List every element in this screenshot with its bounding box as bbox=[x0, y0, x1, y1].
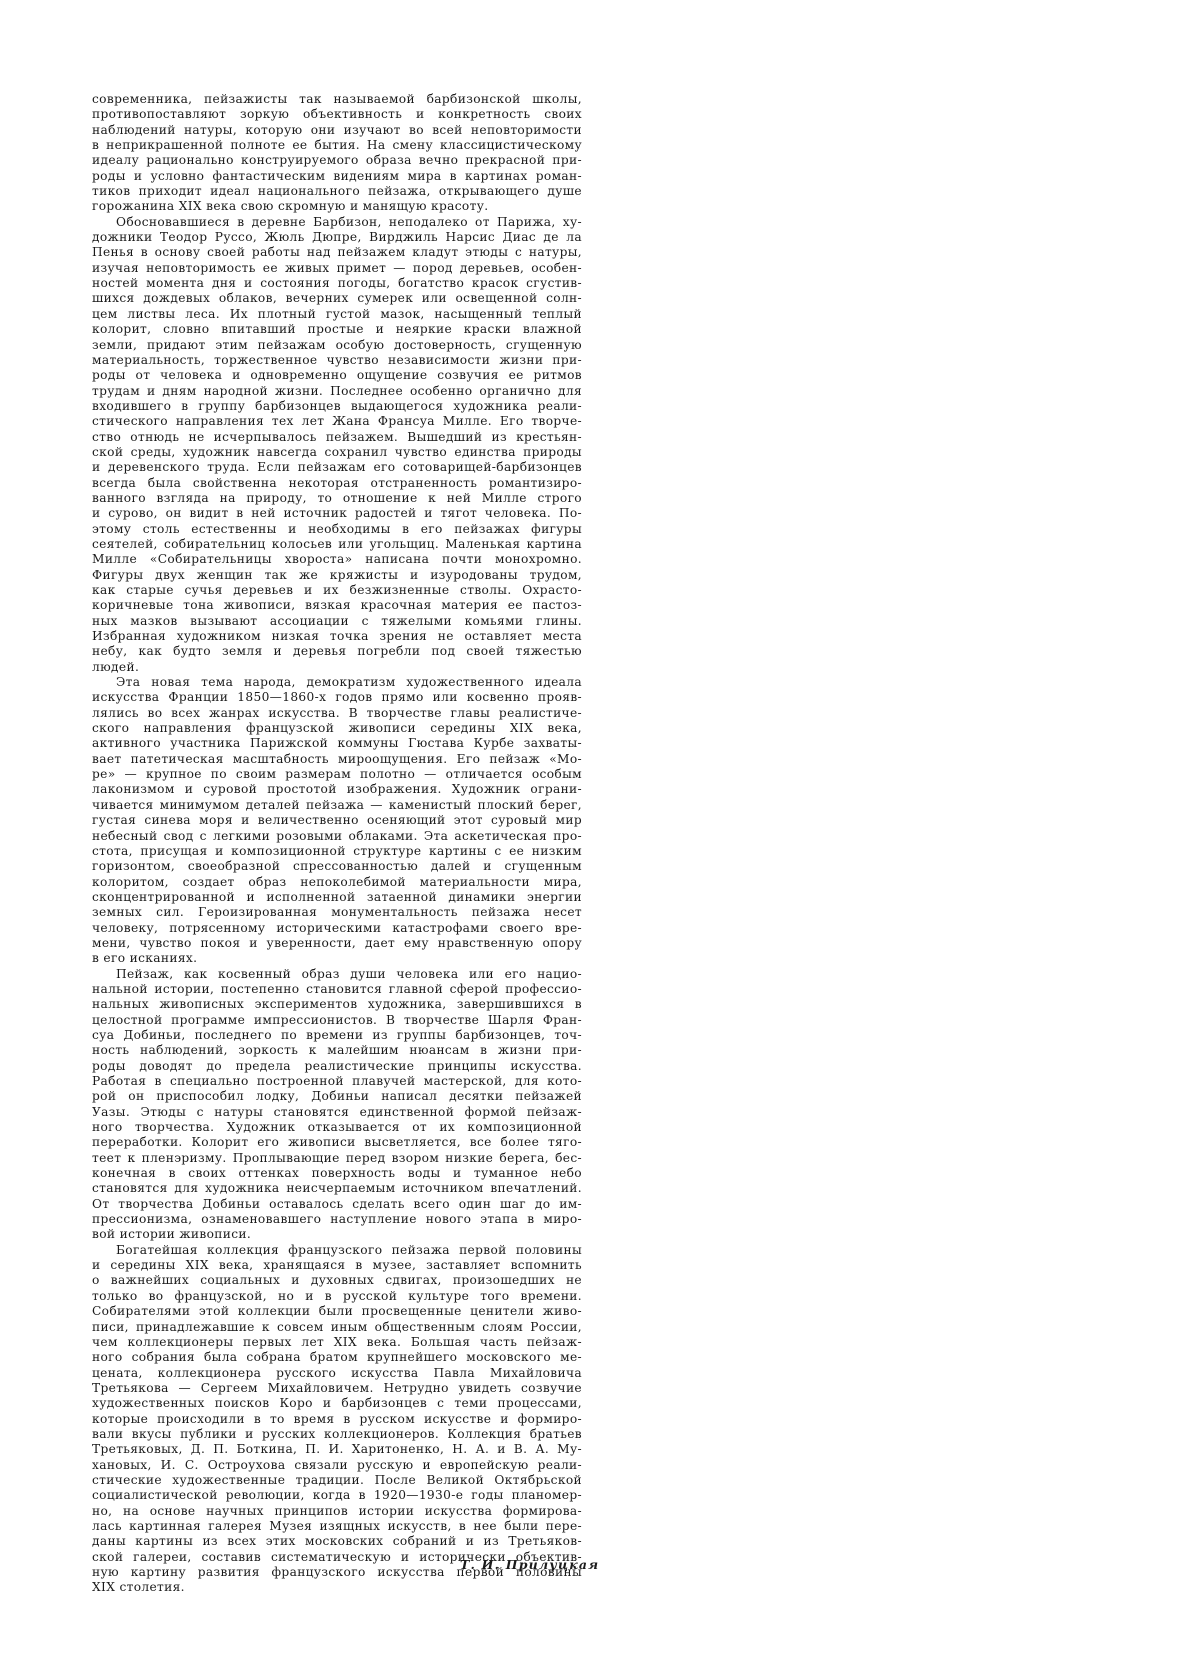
text-line: роды от человека и одновременно ощущение… bbox=[92, 368, 582, 383]
text-line: вали вкусы публики и русских коллекционе… bbox=[92, 1427, 582, 1442]
text-line: густая синева моря и величественно осеня… bbox=[92, 813, 582, 828]
text-line: в его исканиях. bbox=[92, 951, 582, 966]
text-line: ность наблюдений, зоркость к малейшим ню… bbox=[92, 1043, 582, 1058]
text-line: горожанина XIX века свою скромную и маня… bbox=[92, 199, 582, 214]
text-line: вой истории живописи. bbox=[92, 1227, 582, 1242]
text-line: и середины XIX века, хранящаяся в музее,… bbox=[92, 1258, 582, 1273]
text-line: Милле «Собирательницы хвороста» написана… bbox=[92, 552, 582, 567]
text-line: Обосновавшиеся в деревне Барбизон, непод… bbox=[92, 215, 582, 230]
text-line: трудам и дням народной жизни. Последнее … bbox=[92, 384, 582, 399]
text-line: дожники Теодор Руссо, Жюль Дюпре, Вирджи… bbox=[92, 230, 582, 245]
text-line: конечная в своих оттенках поверхность во… bbox=[92, 1166, 582, 1181]
text-line: социалистической революции, когда в 1920… bbox=[92, 1488, 582, 1503]
text-line: рой он приспособил лодку, Добиньи написа… bbox=[92, 1089, 582, 1104]
paragraph: Пейзаж, как косвенный образ души человек… bbox=[92, 967, 582, 1243]
text-line: стические художественные традиции. После… bbox=[92, 1473, 582, 1488]
text-line: Третьяковых, Д. П. Боткина, П. И. Харито… bbox=[92, 1442, 582, 1457]
text-line: стота, присущая и композиционной структу… bbox=[92, 844, 582, 859]
text-line: XIX столетия. bbox=[92, 1580, 582, 1595]
text-line: Эта новая тема народа, демократизм худож… bbox=[92, 675, 582, 690]
text-line: в неприкрашенной полноте ее бытия. На см… bbox=[92, 138, 582, 153]
text-line: наблюдений натуры, которую они изучают в… bbox=[92, 123, 582, 138]
text-line: которые происходили в то время в русском… bbox=[92, 1412, 582, 1427]
text-line: входившего в группу барбизонцев выдающег… bbox=[92, 399, 582, 414]
text-line: целостной программе импрессионистов. В т… bbox=[92, 1013, 582, 1028]
paragraph: современника, пейзажисты так называемой … bbox=[92, 92, 582, 215]
text-line: чем коллекционеры первых лет XIX века. Б… bbox=[92, 1335, 582, 1350]
text-line: ре» — крупное по своим размерам полотно … bbox=[92, 767, 582, 782]
text-line: и деревенского труда. Если пейзажам его … bbox=[92, 460, 582, 475]
text-line: От творчества Добиньи оставалось сделать… bbox=[92, 1197, 582, 1212]
text-line: писи, принадлежавшие к совсем иным общес… bbox=[92, 1320, 582, 1335]
text-line: небесный свод с легкими розовыми облакам… bbox=[92, 829, 582, 844]
text-line: людей. bbox=[92, 660, 582, 675]
text-line: ской среды, художник навсегда сохранил ч… bbox=[92, 445, 582, 460]
text-line: Фигуры двух женщин так же кряжисты и изу… bbox=[92, 568, 582, 583]
text-line: Уазы. Этюды с натуры становятся единстве… bbox=[92, 1105, 582, 1120]
text-line: теет к пленэризму. Проплывающие перед вз… bbox=[92, 1151, 582, 1166]
text-line: колоритом, создает образ непоколебимой м… bbox=[92, 875, 582, 890]
text-line: материальность, торжественное чувство не… bbox=[92, 353, 582, 368]
text-line: Богатейшая коллекция французского пейзаж… bbox=[92, 1243, 582, 1258]
text-line: колорит, словно впитавший простые и неяр… bbox=[92, 322, 582, 337]
text-line: только во французской, но и в русской ку… bbox=[92, 1289, 582, 1304]
paragraph: Эта новая тема народа, демократизм худож… bbox=[92, 675, 582, 967]
text-line: ного собрания была собрана братом крупне… bbox=[92, 1350, 582, 1365]
text-line: и сурово, он видит в ней источник радост… bbox=[92, 506, 582, 521]
text-line: цената, коллекционера русского искусства… bbox=[92, 1366, 582, 1381]
text-line: искусства Франции 1850—1860-х годов прям… bbox=[92, 690, 582, 705]
text-line: прессионизма, ознаменовавшего наступлени… bbox=[92, 1212, 582, 1227]
text-line: лялись во всех жанрах искусства. В творч… bbox=[92, 706, 582, 721]
text-line: но, на основе научных принципов истории … bbox=[92, 1504, 582, 1519]
text-line: становятся для художника неисчерпаемым и… bbox=[92, 1181, 582, 1196]
text-line: ных мазков вызывают ассоциации с тяжелым… bbox=[92, 614, 582, 629]
text-line: ванного взгляда на природу, то отношение… bbox=[92, 491, 582, 506]
text-line: человеку, потрясенному историческими кат… bbox=[92, 921, 582, 936]
text-line: всегда была свойственна некоторая отстра… bbox=[92, 476, 582, 491]
text-line: Собирателями этой коллекции были просвещ… bbox=[92, 1304, 582, 1319]
text-line: ство отнюдь не исчерпывалось пейзажем. В… bbox=[92, 430, 582, 445]
text-line: вает патетическая масштабность мироощуще… bbox=[92, 752, 582, 767]
text-line: этому столь естественны и необходимы в е… bbox=[92, 522, 582, 537]
text-line: горизонтом, своеобразной спрессованность… bbox=[92, 859, 582, 874]
text-line: Третьякова — Сергеем Михайловичем. Нетру… bbox=[92, 1381, 582, 1396]
text-line: Пенья в основу своей работы над пейзажем… bbox=[92, 245, 582, 260]
text-line: коричневые тона живописи, вязкая красочн… bbox=[92, 598, 582, 613]
text-line: хановых, И. С. Остроухова связали русску… bbox=[92, 1458, 582, 1473]
text-line: земных сил. Героизированная монументальн… bbox=[92, 905, 582, 920]
text-line: активного участника Парижской коммуны Гю… bbox=[92, 736, 582, 751]
text-line: идеалу рационально конструируемого образ… bbox=[92, 153, 582, 168]
text-line: тиков приходит идеал национального пейза… bbox=[92, 184, 582, 199]
text-line: художественных поисков Коро и барбизонце… bbox=[92, 1396, 582, 1411]
text-line: небу, как будто земля и деревья погребли… bbox=[92, 644, 582, 659]
text-line: стического направления тех лет Жана Фран… bbox=[92, 414, 582, 429]
text-line: современника, пейзажисты так называемой … bbox=[92, 92, 582, 107]
text-line: Избранная художником низкая точка зрения… bbox=[92, 629, 582, 644]
text-line: изучая неповторимость ее живых примет — … bbox=[92, 261, 582, 276]
paragraph: Обосновавшиеся в деревне Барбизон, непод… bbox=[92, 215, 582, 675]
text-line: нальных живописных экспериментов художни… bbox=[92, 997, 582, 1012]
text-line: даны картины из всех этих московских соб… bbox=[92, 1534, 582, 1549]
text-line: цем листвы леса. Их плотный густой мазок… bbox=[92, 307, 582, 322]
text-line: лась картинная галерея Музея изящных иск… bbox=[92, 1519, 582, 1534]
text-line: шихся дождевых облаков, вечерних сумерек… bbox=[92, 291, 582, 306]
text-line: ностей момента дня и состояния погоды, б… bbox=[92, 276, 582, 291]
text-line: ского направления французской живописи с… bbox=[92, 721, 582, 736]
text-line: роды и условно фантастическим видениям м… bbox=[92, 169, 582, 184]
text-line: сеятелей, собирательниц колосьев или уго… bbox=[92, 537, 582, 552]
document-body: современника, пейзажисты так называемой … bbox=[92, 92, 582, 1596]
text-line: суа Добиньи, последнего по времени из гр… bbox=[92, 1028, 582, 1043]
text-line: чивается минимумом деталей пейзажа — кам… bbox=[92, 798, 582, 813]
text-line: лаконизмом и суровой простотой изображен… bbox=[92, 782, 582, 797]
text-line: как старые сучья деревьев и их безжизнен… bbox=[92, 583, 582, 598]
text-line: земли, придают этим пейзажам особую дост… bbox=[92, 338, 582, 353]
text-line: роды доводят до предела реалистические п… bbox=[92, 1059, 582, 1074]
text-line: нальной истории, постепенно становится г… bbox=[92, 982, 582, 997]
text-line: о важнейших социальных и духовных сдвига… bbox=[92, 1273, 582, 1288]
text-line: противопоставляют зоркую объективность и… bbox=[92, 107, 582, 122]
text-line: переработки. Колорит его живописи высвет… bbox=[92, 1135, 582, 1150]
text-line: мени, чувство покоя и уверенности, дает … bbox=[92, 936, 582, 951]
text-line: сконцентрированной и исполненной затаенн… bbox=[92, 890, 582, 905]
paragraph: Богатейшая коллекция французского пейзаж… bbox=[92, 1243, 582, 1596]
author-signature: Т. И. Прилуцкая bbox=[460, 1557, 599, 1572]
text-line: ного творчества. Художник отказывается о… bbox=[92, 1120, 582, 1135]
text-line: Работая в специально построенной плавуче… bbox=[92, 1074, 582, 1089]
text-line: Пейзаж, как косвенный образ души человек… bbox=[92, 967, 582, 982]
